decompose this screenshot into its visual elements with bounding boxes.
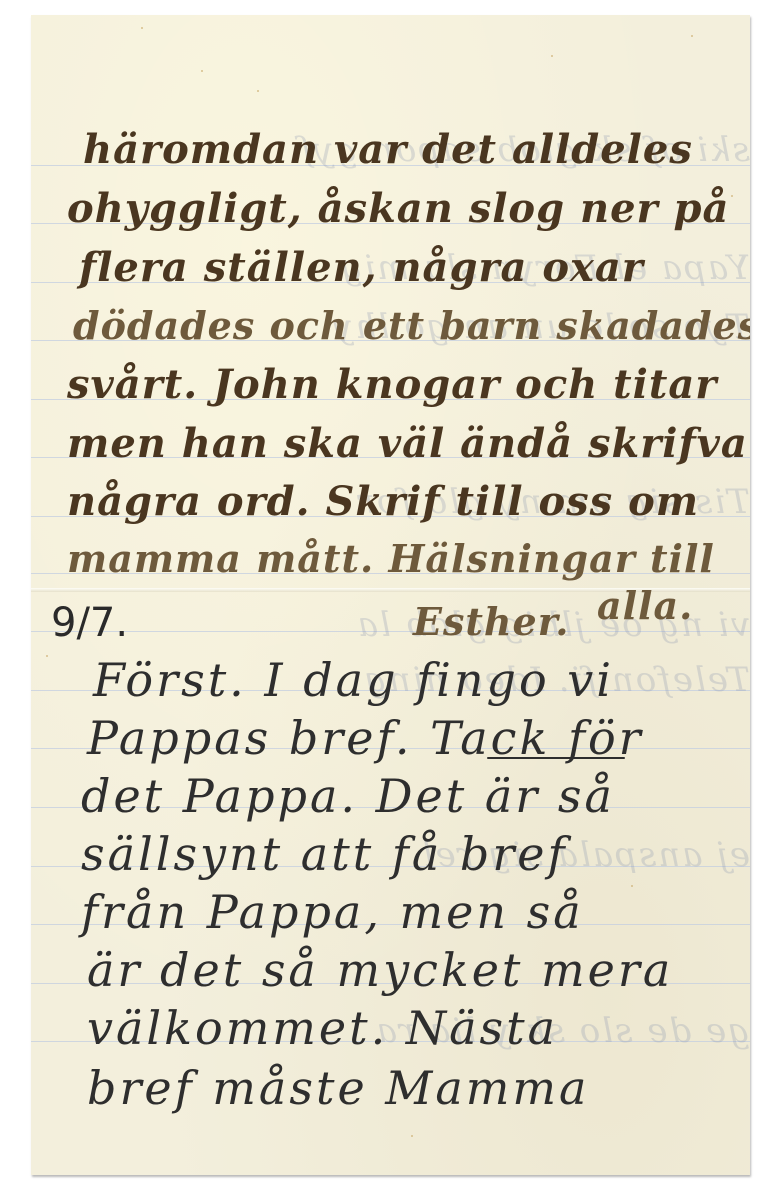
letter-line: Först. I dag fingo vi xyxy=(93,657,614,703)
paper-speck xyxy=(551,55,553,57)
letter-line: svårt. John knogar och titar xyxy=(67,365,717,405)
letter-line: bref måste Mamma xyxy=(87,1065,589,1111)
letter-line: dödades och ett barn skadades xyxy=(73,307,750,345)
letter-line: några ord. Skrif till oss om xyxy=(67,482,699,522)
letter-line: flera ställen, några oxar xyxy=(79,248,644,288)
letter-page: ski of sk glob sapon gyf Yapa el Foryn s… xyxy=(31,15,750,1175)
letter-line: välkommet. Nästa xyxy=(87,1005,558,1051)
paper-speck xyxy=(141,27,143,29)
letter-line: häromdan var det alldeles xyxy=(83,130,693,170)
letter-line: Pappas bref. Tack för xyxy=(87,715,644,761)
paper-speck xyxy=(691,35,693,37)
paper-speck xyxy=(257,90,259,92)
letter-line: men han ska väl ändå skrifva xyxy=(67,424,748,464)
paper-speck xyxy=(201,70,203,72)
paper-speck xyxy=(731,195,733,197)
letter-line: från Pappa, men så xyxy=(81,889,584,935)
closing-word: alla. xyxy=(597,587,693,625)
paper-speck xyxy=(631,885,633,887)
paper-speck xyxy=(411,1135,413,1137)
scan-canvas: ski of sk glob sapon gyf Yapa el Foryn s… xyxy=(0,0,780,1200)
paper-speck xyxy=(46,655,48,657)
letter-line: mamma mått. Hälsningar till xyxy=(67,540,715,578)
ruled-line xyxy=(31,631,750,632)
tack-underline xyxy=(487,757,625,759)
letter-line: är det så mycket mera xyxy=(87,947,673,993)
signature: Esther. xyxy=(413,603,569,641)
letter-line: det Pappa. Det är så xyxy=(81,773,615,819)
date-mark: 9/7. xyxy=(51,603,128,643)
letter-line: sällsynt att få bref xyxy=(81,831,568,877)
letter-line: ohyggligt, åskan slog ner på xyxy=(67,189,729,229)
